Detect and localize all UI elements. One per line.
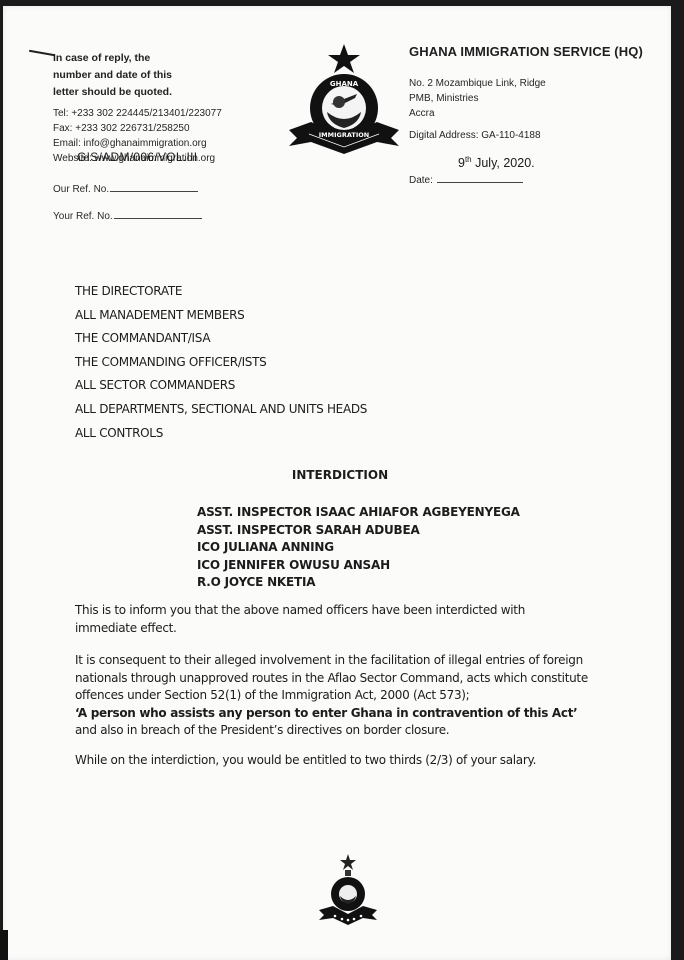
address-line: PMB, Ministries xyxy=(409,91,546,106)
officer: ASST. INSPECTOR ISAAC AHIAFOR AGBEYENYEG… xyxy=(197,504,520,522)
officer: ICO JENNIFER OWUSU ANSAH xyxy=(197,557,520,575)
address-line: No. 2 Mozambique Link, Ridge xyxy=(409,76,546,91)
date-suffix: th xyxy=(465,155,472,164)
pen-strike-mark xyxy=(29,50,55,56)
officer-list: ASST. INSPECTOR ISAAC AHIAFOR AGBEYENYEG… xyxy=(197,504,520,592)
our-ref-blank xyxy=(110,182,198,192)
our-ref-field: Our Ref. No. xyxy=(53,182,198,195)
your-ref-blank xyxy=(114,209,202,219)
officer: ICO JULIANA ANNING xyxy=(197,539,520,557)
address-line: Accra xyxy=(409,106,546,121)
letter-page: In case of reply, the number and date of… xyxy=(3,6,671,960)
reference-stamp: GIS/ADM/006/VOL.III xyxy=(77,150,197,164)
reply-note-line: number and date of this xyxy=(53,67,172,84)
recipient: THE COMMANDING OFFICER/ISTS xyxy=(75,351,367,375)
body-paragraph-1: This is to inform you that the above nam… xyxy=(75,602,575,637)
recipient: THE COMMANDANT/ISA xyxy=(75,327,367,351)
recipient: THE DIRECTORATE xyxy=(75,280,367,304)
svg-text:IMMIGRATION: IMMIGRATION xyxy=(319,131,369,139)
date-rest: July, 2020. xyxy=(472,156,535,170)
address-block: No. 2 Mozambique Link, Ridge PMB, Minist… xyxy=(409,76,546,121)
organization-title: GHANA IMMIGRATION SERVICE (HQ) xyxy=(409,44,643,59)
svg-text:GHANA: GHANA xyxy=(330,80,359,88)
reply-note-line: letter should be quoted. xyxy=(53,84,172,101)
phone-line: Tel: +233 302 224445/213401/223077 xyxy=(53,106,222,121)
act-quote: ‘A person who assists any person to ente… xyxy=(75,706,577,720)
officer: ASST. INSPECTOR SARAH ADUBEA xyxy=(197,522,520,540)
your-ref-label: Your Ref. No. xyxy=(53,211,113,222)
reply-note-line: In case of reply, the xyxy=(53,50,172,67)
footer-emblem-icon xyxy=(315,852,381,934)
paragraph-2-ending: and also in breach of the President’s di… xyxy=(75,723,449,737)
recipient: ALL CONTROLS xyxy=(75,422,367,446)
email-line: Email: info@ghanaimmigration.org xyxy=(53,136,222,151)
date-day: 9 xyxy=(458,156,465,170)
letter-date: 9th July, 2020. xyxy=(458,155,535,170)
date-field: Date: xyxy=(409,174,523,186)
body-paragraph-2: It is consequent to their alleged involv… xyxy=(75,652,615,740)
recipient: ALL MANADEMENT MEMBERS xyxy=(75,304,367,328)
our-ref-label: Our Ref. No. xyxy=(53,184,109,195)
subject-heading: INTERDICTION xyxy=(3,468,671,482)
body-paragraph-3: While on the interdiction, you would be … xyxy=(75,752,615,770)
recipient: ALL SECTOR COMMANDERS xyxy=(75,374,367,398)
recipient: ALL DEPARTMENTS, SECTIONAL AND UNITS HEA… xyxy=(75,398,367,422)
recipient-list: THE DIRECTORATE ALL MANADEMENT MEMBERS T… xyxy=(75,280,367,445)
fax-line: Fax: +233 302 226731/258250 xyxy=(53,121,222,136)
ghana-immigration-emblem-icon: GHANA IMMIGRATION xyxy=(279,42,409,164)
date-blank xyxy=(437,174,523,183)
subject-text: INTERDICTION xyxy=(292,468,388,482)
reply-note: In case of reply, the number and date of… xyxy=(53,50,172,101)
scan-edge-mark xyxy=(0,930,8,960)
digital-address: Digital Address: GA-110-4188 xyxy=(409,130,541,141)
paragraph-2-text: It is consequent to their alleged involv… xyxy=(75,653,588,702)
officer: R.O JOYCE NKETIA xyxy=(197,574,520,592)
date-label: Date: xyxy=(409,175,433,186)
your-ref-field: Your Ref. No. xyxy=(53,209,202,222)
